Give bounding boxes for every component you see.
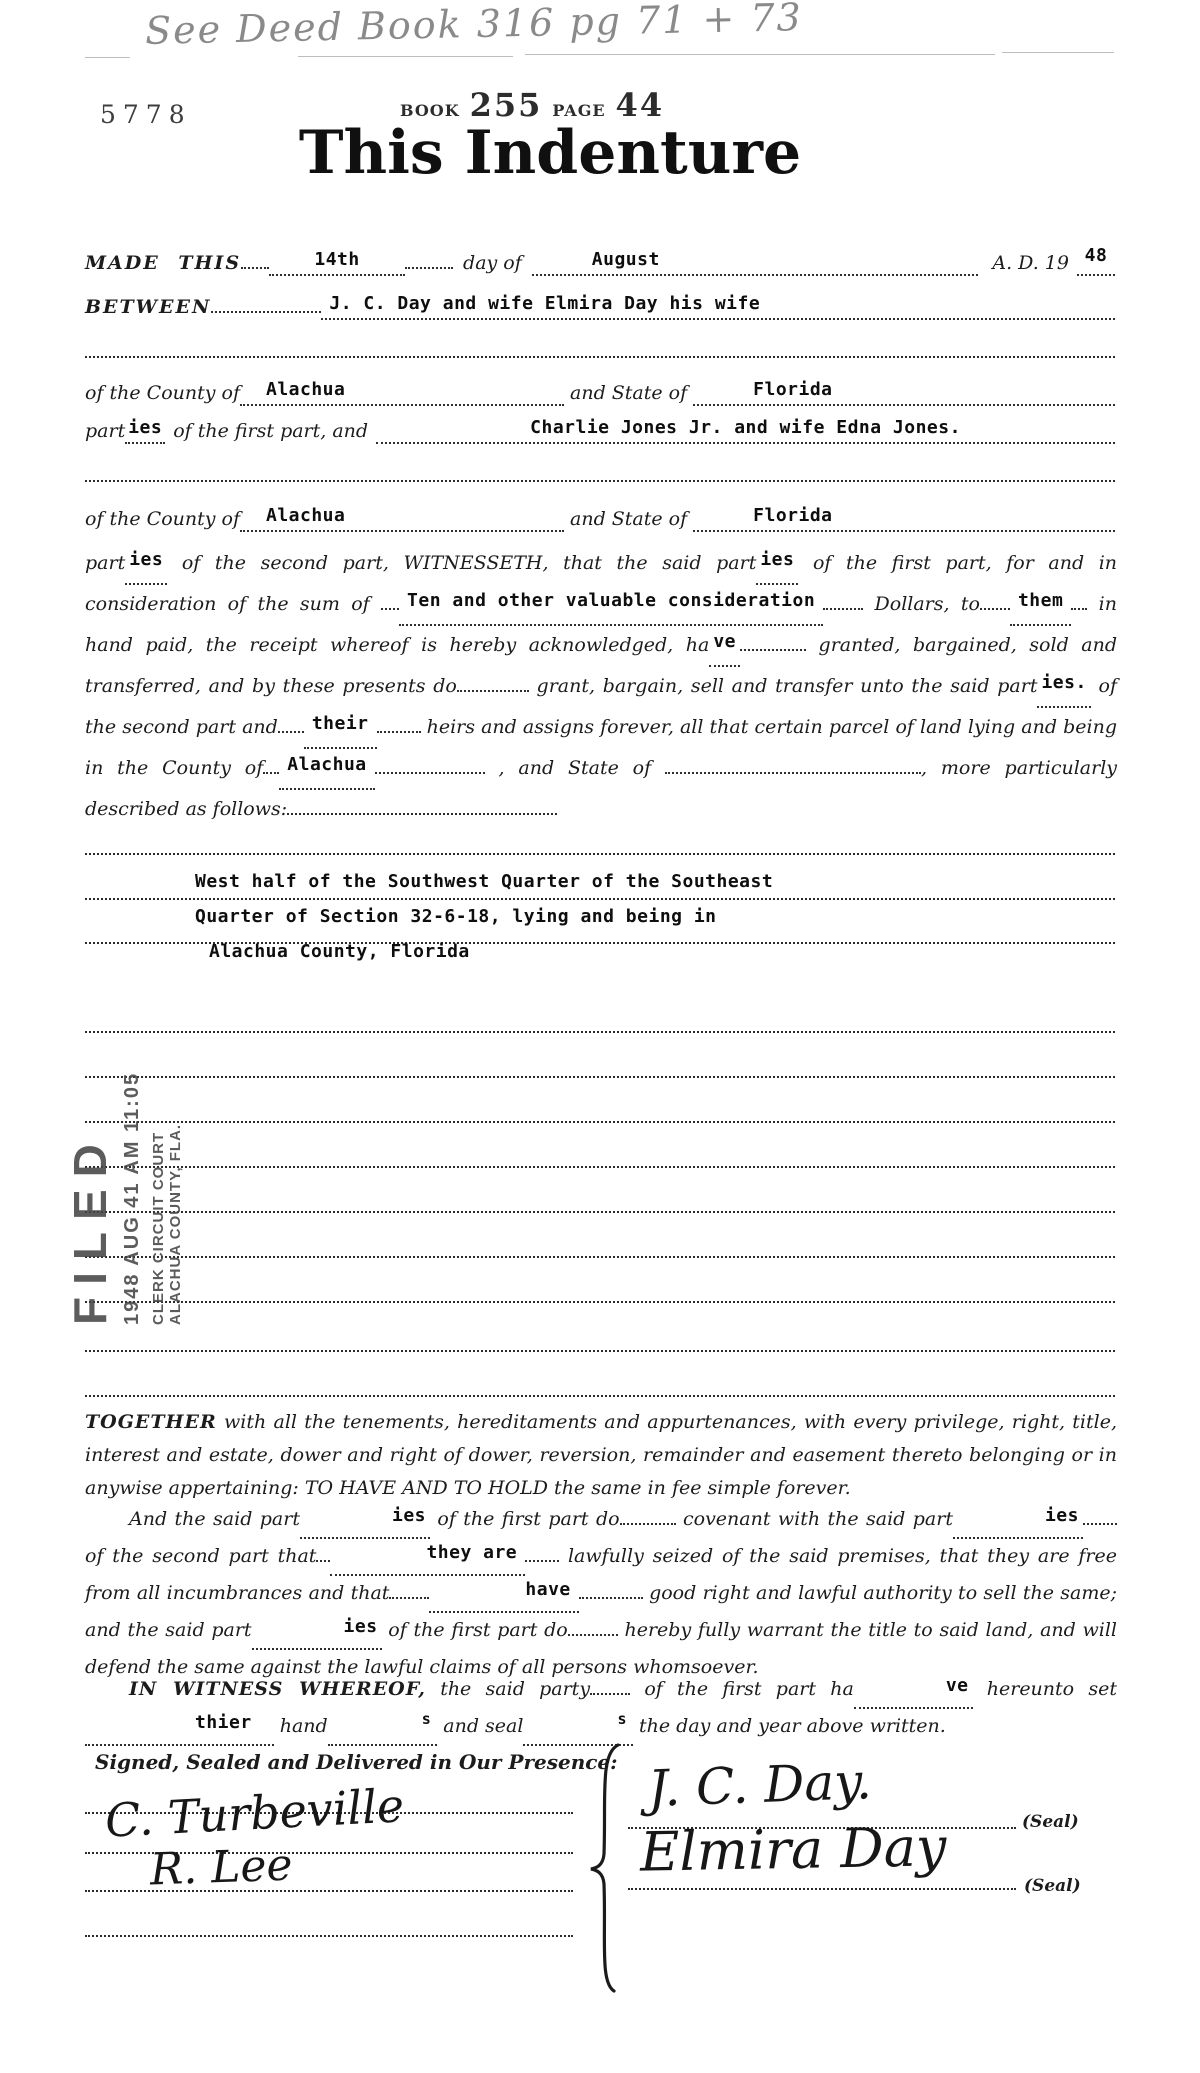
field-year: 48 bbox=[1077, 253, 1115, 276]
field-they-are: they are bbox=[330, 1540, 525, 1576]
grantor-signature-2: Elmira Day bbox=[639, 1815, 946, 1883]
covenant-paragraph: And the said parties of the first part d… bbox=[85, 1502, 1117, 1684]
dotted-blank bbox=[980, 594, 1010, 610]
form-text: to bbox=[961, 593, 980, 615]
document-title: This Indenture bbox=[30, 118, 1070, 188]
filed-stamp: FILED 1948 AUG 41 AM 11:05 CLERK CIRCUIT… bbox=[64, 995, 224, 1325]
form-text: the day and year above written. bbox=[639, 1715, 946, 1737]
field-county-1: Alachua bbox=[240, 383, 564, 406]
together-text: with all the tenements, hereditaments an… bbox=[85, 1411, 1117, 1499]
form-text: the said party bbox=[440, 1678, 590, 1700]
made-this-label: MADE THIS bbox=[85, 252, 241, 274]
dotted-blank bbox=[316, 1546, 330, 1562]
dotted-blank bbox=[287, 799, 557, 815]
witness-signature-line bbox=[85, 1935, 573, 1937]
filed-stamp-county: ALACHUA COUNTY, FLA. bbox=[167, 995, 184, 1325]
dotted-blank bbox=[579, 1583, 643, 1599]
field-day: 14th bbox=[269, 253, 405, 276]
dotted-blank bbox=[740, 635, 806, 651]
field-ies-1: ies bbox=[125, 421, 165, 444]
dotted-rule bbox=[85, 1301, 1115, 1303]
dotted-blank bbox=[525, 1546, 559, 1562]
dotted-blank bbox=[620, 1509, 676, 1525]
form-text: part bbox=[85, 552, 125, 574]
dotted-blank bbox=[590, 1679, 630, 1695]
field-consideration: Ten and other valuable consideration bbox=[399, 585, 823, 626]
dotted-blank bbox=[211, 297, 321, 313]
form-line-made-this: MADE THIS 14th day of August A. D. 19 48 bbox=[85, 252, 1115, 276]
field-month: August bbox=[532, 253, 979, 276]
field-ve: ve bbox=[854, 1673, 973, 1709]
field-ies: ies bbox=[953, 1503, 1083, 1539]
form-line-county-1: of the County of Alachua and State of Fl… bbox=[85, 382, 1115, 406]
field-ies: ies bbox=[756, 544, 798, 585]
dotted-rule bbox=[85, 853, 1115, 855]
witness-whereof-paragraph: IN WITNESS WHEREOF, the said party of th… bbox=[85, 1672, 1117, 1746]
form-text: of the first part do bbox=[388, 1619, 567, 1641]
day-of-label: day of bbox=[463, 252, 522, 274]
field-ies: ies. bbox=[1037, 667, 1090, 708]
witness-signature-2: R. Lee bbox=[149, 1840, 293, 1896]
form-text: of the second part that bbox=[85, 1545, 316, 1567]
field-state-1: Florida bbox=[693, 383, 1115, 406]
dotted-rule bbox=[85, 1395, 1115, 1397]
dotted-blank bbox=[823, 594, 863, 610]
witnesseth-paragraph: parties of the second part, WITNESSETH, … bbox=[85, 544, 1117, 829]
form-text: grant, bargain, sell and transfer unto t… bbox=[537, 675, 1038, 697]
legal-description: West half of the Southwest Quarter of th… bbox=[195, 864, 773, 969]
note-underline bbox=[85, 57, 130, 58]
form-text: of the first part ha bbox=[644, 1678, 854, 1700]
field-county-2: Alachua bbox=[240, 509, 564, 532]
dotted-rule bbox=[85, 1256, 1115, 1258]
form-line-county-2: of the County of Alachua and State of Fl… bbox=[85, 508, 1115, 532]
ad-label: A. D. 19 bbox=[992, 252, 1069, 274]
field-grantees: Charlie Jones Jr. and wife Edna Jones. bbox=[376, 421, 1115, 444]
dotted-blank bbox=[568, 1620, 618, 1636]
form-text: of the first part do bbox=[437, 1508, 619, 1530]
dotted-rule bbox=[85, 356, 1115, 358]
county-label: of the County of bbox=[85, 382, 240, 404]
grantor-signature-line bbox=[628, 1888, 1016, 1890]
field-thier: thier bbox=[85, 1710, 274, 1746]
description-line: Alachua County, Florida bbox=[195, 934, 773, 969]
together-paragraph: TOGETHER with all the tenements, heredit… bbox=[85, 1406, 1117, 1505]
signature-brace bbox=[582, 1742, 626, 1994]
form-text: and seal bbox=[443, 1715, 523, 1737]
seal-label-1: (Seal) bbox=[1022, 1812, 1079, 1832]
witness-signature-1: C. Turbeville bbox=[104, 1778, 406, 1848]
field-ies: ies bbox=[252, 1614, 382, 1650]
dotted-blank bbox=[665, 758, 921, 774]
note-underline bbox=[525, 54, 995, 55]
dotted-blank bbox=[457, 676, 529, 692]
field-ies: ies bbox=[125, 544, 167, 585]
together-lead: TOGETHER bbox=[85, 1411, 217, 1433]
field-s: s bbox=[523, 1710, 633, 1746]
form-line-between: BETWEEN J. C. Day and wife Elmira Day hi… bbox=[85, 296, 1115, 320]
field-ve: ve bbox=[709, 626, 740, 667]
dotted-rule bbox=[85, 1166, 1115, 1168]
field-grantors: J. C. Day and wife Elmira Day his wife bbox=[321, 297, 1115, 320]
iww-lead: IN WITNESS WHEREOF, bbox=[129, 1678, 426, 1700]
handwritten-note: See Deed Book 316 pg 71 + 73 bbox=[145, 0, 804, 53]
field-have: have bbox=[429, 1577, 578, 1613]
note-underline bbox=[1002, 52, 1114, 53]
seal-label-2: (Seal) bbox=[1024, 1876, 1081, 1896]
form-text: hand bbox=[280, 1715, 328, 1737]
dotted-rule bbox=[85, 1076, 1115, 1078]
form-text: , and State of bbox=[499, 757, 652, 779]
dotted-rule bbox=[85, 1031, 1115, 1033]
state-label: and State of bbox=[570, 382, 687, 404]
dotted-blank bbox=[1071, 594, 1087, 610]
dotted-blank bbox=[278, 717, 304, 733]
field-s: s bbox=[328, 1710, 438, 1746]
grantor-signature-1: J. C. Day. bbox=[647, 1752, 872, 1818]
description-line: Quarter of Section 32-6-18, lying and be… bbox=[195, 899, 773, 934]
field-ies: ies bbox=[300, 1503, 430, 1539]
dotted-blank bbox=[241, 253, 269, 269]
between-label: BETWEEN bbox=[85, 296, 211, 318]
county-label: of the County of bbox=[85, 508, 240, 530]
form-text: covenant with the said part bbox=[683, 1508, 953, 1530]
part-label: part bbox=[85, 420, 125, 442]
form-text: of the second part, WITNESSETH, that the… bbox=[182, 552, 757, 574]
form-line-first-part: part ies of the first part, and Charlie … bbox=[85, 420, 1115, 444]
description-line: West half of the Southwest Quarter of th… bbox=[195, 864, 773, 899]
dotted-blank bbox=[263, 758, 279, 774]
dotted-rule bbox=[85, 1211, 1115, 1213]
presence-label: Signed, Sealed and Delivered in Our Pres… bbox=[95, 1750, 618, 1774]
dotted-blank bbox=[381, 594, 399, 610]
filed-stamp-clerk: CLERK CIRCUIT COURT bbox=[150, 995, 167, 1325]
dotted-rule bbox=[85, 480, 1115, 482]
filed-stamp-date: 1948 AUG 41 AM 11:05 bbox=[120, 995, 144, 1325]
dotted-blank bbox=[377, 717, 421, 733]
field-county: Alachua bbox=[279, 749, 374, 790]
dotted-blank bbox=[1083, 1509, 1117, 1525]
form-text: Dollars, bbox=[875, 593, 950, 615]
state-label: and State of bbox=[570, 508, 687, 530]
form-text: hereunto set bbox=[987, 1678, 1117, 1700]
first-part-label: of the first part, and bbox=[173, 420, 368, 442]
dotted-blank bbox=[405, 253, 453, 269]
field-them: them bbox=[1010, 585, 1071, 626]
field-state-2: Florida bbox=[693, 509, 1115, 532]
filed-stamp-word: FILED bbox=[64, 995, 116, 1325]
form-text: And the said part bbox=[129, 1508, 300, 1530]
note-underline bbox=[298, 56, 513, 57]
dotted-rule bbox=[85, 1350, 1115, 1352]
field-their: their bbox=[304, 708, 377, 749]
deed-document-page: See Deed Book 316 pg 71 + 73 5778 BOOK 2… bbox=[0, 0, 1200, 2073]
dotted-rule bbox=[85, 1121, 1115, 1123]
dotted-blank bbox=[389, 1583, 429, 1599]
dotted-blank bbox=[375, 758, 485, 774]
